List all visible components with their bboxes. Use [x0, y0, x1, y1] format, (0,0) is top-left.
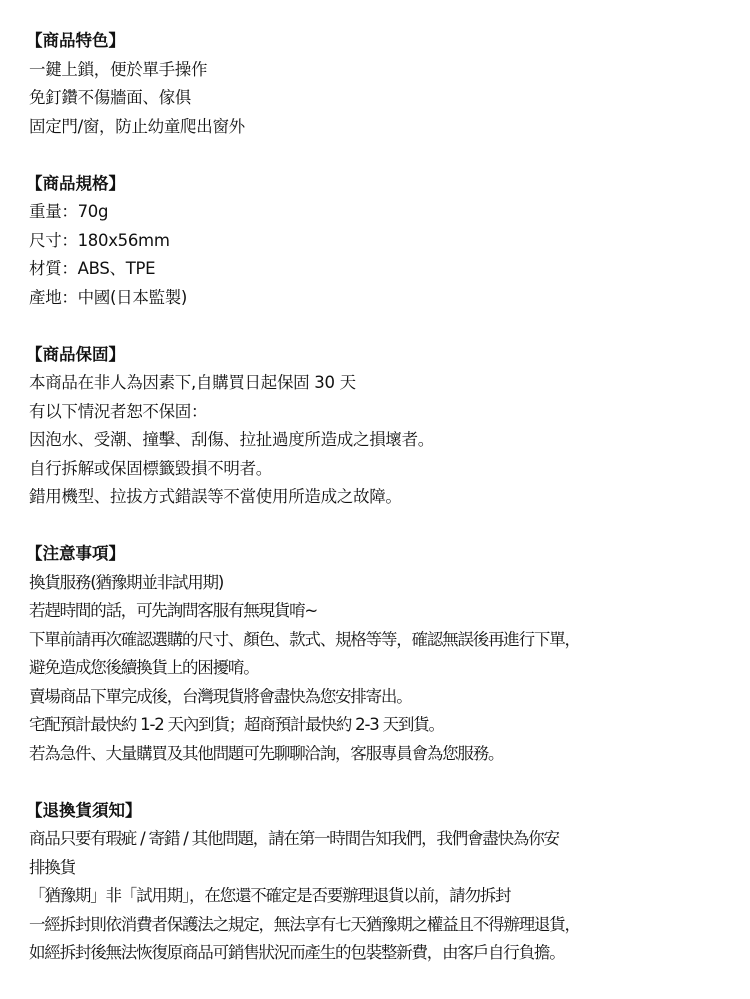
text-line: 「猶豫期」非「試用期」，在您還不確定是否要辦理退貨以前，請勿拆封	[29, 882, 750, 911]
text-line: 材質：ABS、TPE	[29, 255, 750, 284]
text-line: 下單前請再次確認選購的尺寸、顏色、款式、規格等等，確認無誤後再進行下單，	[29, 626, 750, 655]
text-line: 商品只要有瑕疵 / 寄錯 / 其他問題，請在第一時間告知我們，我們會盡快為你安	[29, 825, 750, 854]
text-line: 若為急件、大量購買及其他問題可先聊聊洽詢，客服專員會為您服務。	[29, 740, 750, 769]
text-line: 重量：70g	[29, 198, 750, 227]
text-line: 因泡水、受潮、撞擊、刮傷、拉扯過度所造成之損壞者。	[29, 426, 750, 455]
section-heading: 【注意事項】	[26, 540, 750, 569]
section-heading: 【商品保固】	[26, 341, 750, 370]
text-line: 尺寸：180x56mm	[29, 227, 750, 256]
text-line: 固定門/窗，防止幼童爬出窗外	[29, 113, 750, 142]
text-line: 自行拆解或保固標籤毀損不明者。	[29, 455, 750, 484]
text-line: 錯用機型、拉拔方式錯誤等不當使用所造成之故障。	[29, 483, 750, 512]
section-warranty: 【商品保固】 本商品在非人為因素下,自購買日起保固 30 天 有以下情況者恕不保…	[29, 341, 750, 512]
section-heading: 【商品特色】	[26, 27, 750, 56]
text-line: 排換貨	[29, 854, 750, 883]
text-line: 產地：中國(日本監製)	[29, 284, 750, 313]
section-heading: 【商品規格】	[26, 170, 750, 199]
text-line: 本商品在非人為因素下,自購買日起保固 30 天	[29, 369, 750, 398]
text-line: 宅配預計最快約 1-2 天內到貨；超商預計最快約 2-3 天到貨。	[29, 711, 750, 740]
text-line: 一經拆封則依消費者保護法之規定，無法享有七天猶豫期之權益且不得辦理退貨，	[29, 911, 750, 940]
section-returns: 【退換貨須知】 商品只要有瑕疵 / 寄錯 / 其他問題，請在第一時間告知我們，我…	[29, 797, 750, 968]
section-specifications: 【商品規格】 重量：70g 尺寸：180x56mm 材質：ABS、TPE 產地：…	[29, 170, 750, 313]
text-line: 如經拆封後無法恢復原商品可銷售狀況而產生的包裝整新費，由客戶自行負擔。	[29, 939, 750, 968]
text-line: 避免造成您後續換貨上的困擾唷。	[29, 654, 750, 683]
text-line: 換貨服務(猶豫期並非試用期)	[29, 569, 750, 598]
text-line: 若趕時間的話，可先詢問客服有無現貨唷~	[29, 597, 750, 626]
section-features: 【商品特色】 一鍵上鎖，便於單手操作 免釘鑽不傷牆面、傢俱 固定門/窗，防止幼童…	[29, 27, 750, 141]
section-heading: 【退換貨須知】	[26, 797, 750, 826]
text-line: 免釘鑽不傷牆面、傢俱	[29, 84, 750, 113]
text-line: 一鍵上鎖，便於單手操作	[29, 56, 750, 85]
section-notes: 【注意事項】 換貨服務(猶豫期並非試用期) 若趕時間的話，可先詢問客服有無現貨唷…	[29, 540, 750, 768]
text-line: 有以下情況者恕不保固：	[29, 398, 750, 427]
text-line: 賣場商品下單完成後，台灣現貨將會盡快為您安排寄出。	[29, 683, 750, 712]
product-description: 【商品特色】 一鍵上鎖，便於單手操作 免釘鑽不傷牆面、傢俱 固定門/窗，防止幼童…	[0, 0, 750, 968]
